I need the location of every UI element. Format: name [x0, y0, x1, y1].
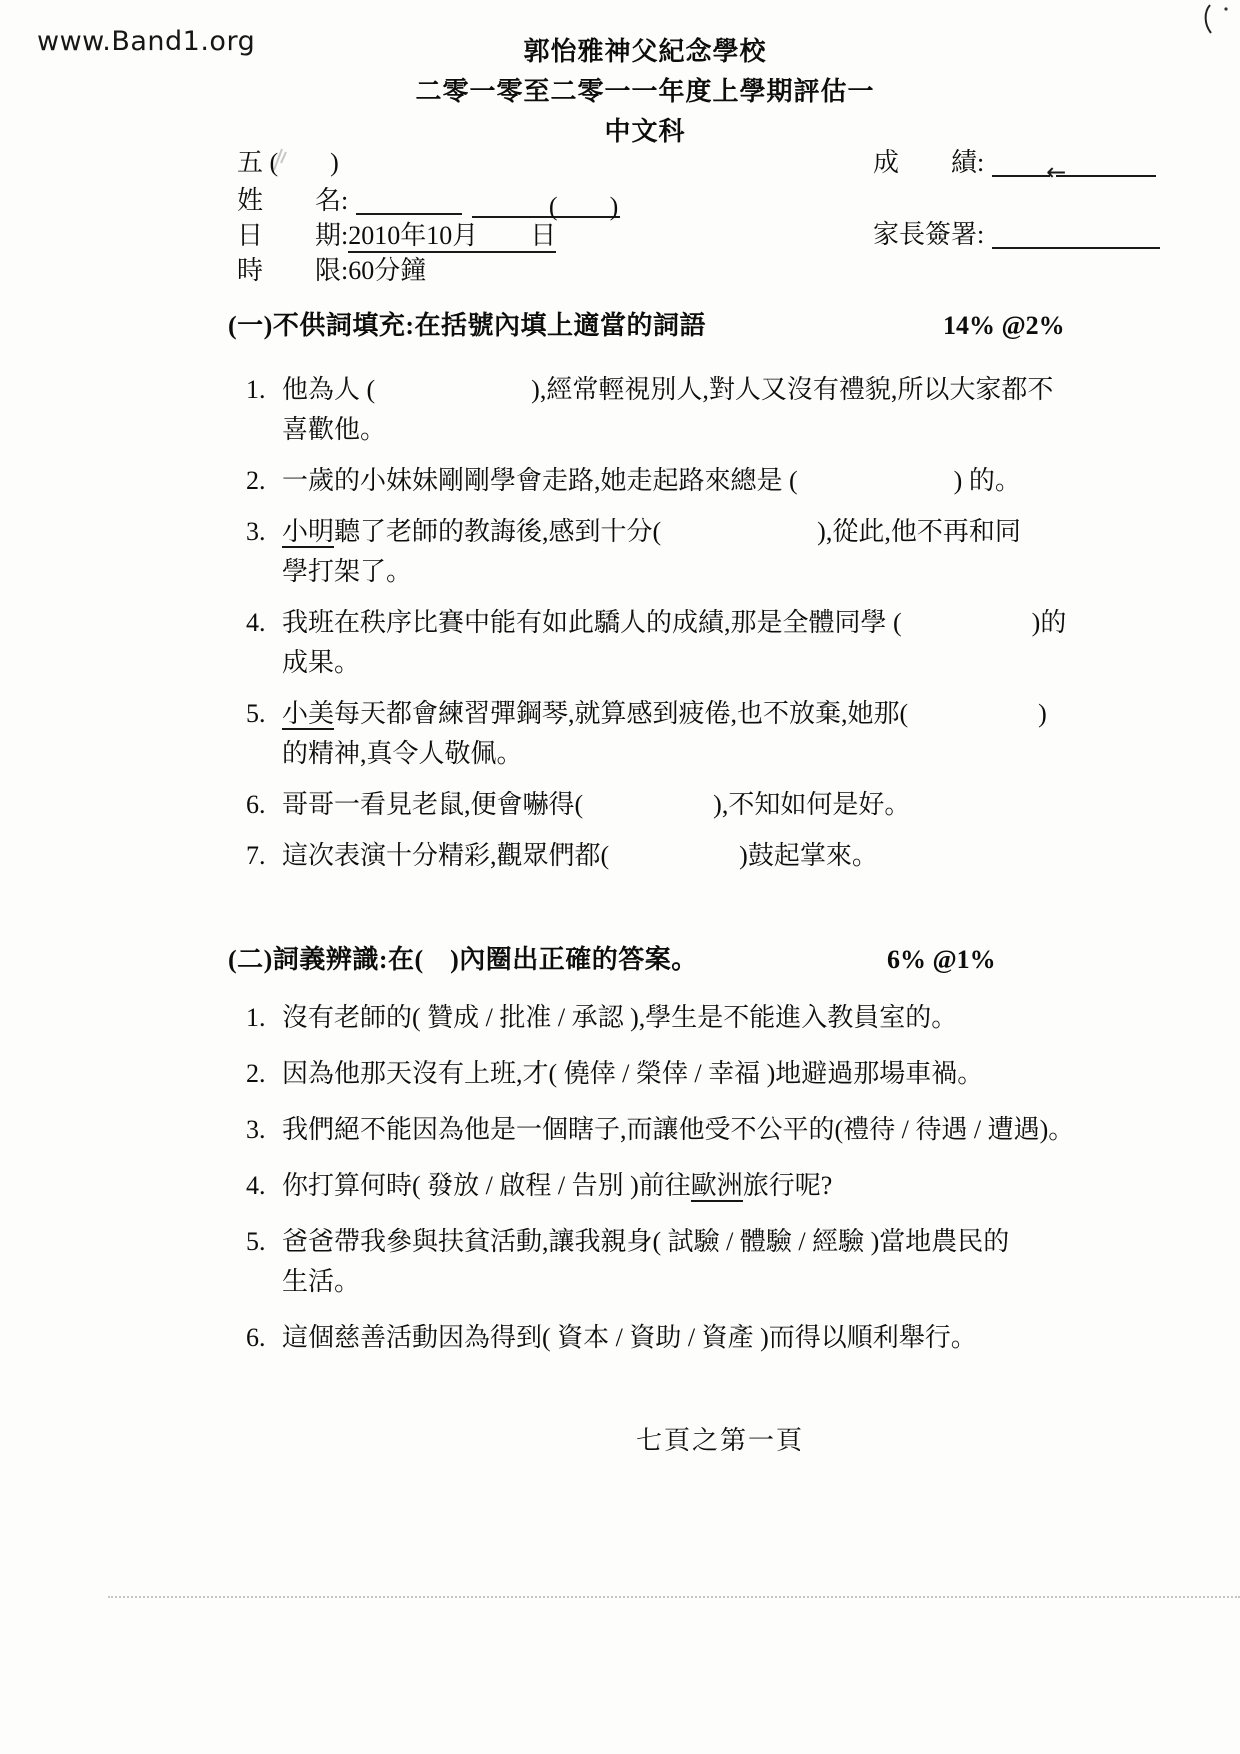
question-line-continued: 生活。 — [282, 1262, 1228, 1302]
parent-signature-row: 家長簽署: — [873, 218, 1160, 252]
question-text: 這次表演十分精彩,觀眾們都( )鼓起掌來。 — [282, 841, 878, 870]
section-2-items: 1.沒有老師的( 贊成 / 批准 / 承認 ),學生是不能進入教員室的。2.因為… — [228, 998, 1228, 1358]
section-fill-in-blanks: (一)不供詞填充:在括號內填上適當的詞語 14% @2% 1.他為人 ( ),經… — [228, 306, 1228, 887]
question-item: 3.我們絕不能因為他是一個瞎子,而讓他受不公平的(禮待 / 待遇 / 遭遇)。 — [228, 1110, 1228, 1150]
question-item: 3.小明聽了老師的教誨後,感到十分( ),從此,他不再和同學打架了。 — [228, 512, 1228, 592]
item-number: 5. — [228, 1222, 282, 1262]
score-blank — [992, 149, 1050, 177]
question-text: 學打架了。 — [282, 557, 412, 586]
question-text: 沒有老師的( 贊成 / 批准 / 承認 ),學生是不能進入教員室的。 — [282, 1003, 957, 1032]
section-1-marks: 14% @2% — [943, 306, 1065, 346]
question-line: 6.哥哥一看見老鼠,便會嚇得( ),不知如何是好。 — [282, 785, 1228, 825]
question-line: 2.因為他那天沒有上班,才( 僥倖 / 榮倖 / 幸福 )地避過那場車禍。 — [282, 1054, 1228, 1094]
question-item: 5.小美每天都會練習彈鋼琴,就算感到疲倦,也不放棄,她那( )的精神,真令人敬佩… — [228, 694, 1228, 774]
question-line: 6.這個慈善活動因為得到( 資本 / 資助 / 資產 )而得以順利舉行。 — [282, 1318, 1228, 1358]
question-line: 1.沒有老師的( 贊成 / 批准 / 承認 ),學生是不能進入教員室的。 — [282, 998, 1228, 1038]
question-line-continued: 的精神,真令人敬佩。 — [282, 734, 1228, 774]
name-class-number-blank: ( ) — [472, 190, 620, 218]
question-text: 的精神,真令人敬佩。 — [282, 739, 523, 768]
item-number: 3. — [228, 512, 282, 552]
section-2-title: (二)詞義辨識:在( )內圈出正確的答案。 — [228, 945, 698, 974]
school-name: 郭怡雅神父紀念學校 — [50, 32, 1240, 72]
question-item: 6.哥哥一看見老鼠,便會嚇得( ),不知如何是好。 — [228, 785, 1228, 825]
underlined-word: 歐洲 — [691, 1171, 743, 1202]
question-line: 3.小明聽了老師的教誨後,感到十分( ),從此,他不再和同 — [282, 512, 1228, 552]
score-row: 成 績:← — [873, 146, 1156, 180]
item-number: 2. — [228, 461, 282, 501]
item-number: 7. — [228, 836, 282, 876]
section-1-heading: (一)不供詞填充:在括號內填上適當的詞語 14% @2% — [228, 306, 1228, 346]
question-line: 5.爸爸帶我參與扶貧活動,讓我親身( 試驗 / 體驗 / 經驗 )當地農民的 — [282, 1222, 1228, 1262]
question-text: 一歲的小妹妹剛剛學會走路,她走起路來總是 ( ) 的。 — [282, 466, 1021, 495]
question-text: 生活。 — [282, 1267, 360, 1296]
question-item: 5.爸爸帶我參與扶貧活動,讓我親身( 試驗 / 體驗 / 經驗 )當地農民的生活… — [228, 1222, 1228, 1302]
question-text: 喜歡他。 — [282, 415, 386, 444]
question-line-continued: 成果。 — [282, 643, 1228, 683]
scan-noise-line — [108, 1596, 1240, 1598]
underlined-word: 小明 — [282, 517, 334, 548]
date-row: 日 期:2010年10月 日 — [237, 219, 556, 253]
exam-header: 郭怡雅神父紀念學校 二零一零至二零一一年度上學期評估一 中文科 — [50, 32, 1240, 152]
item-number: 4. — [228, 603, 282, 643]
date-value: 2010年10月 日 — [348, 221, 556, 253]
section-2-heading: (二)詞義辨識:在( )內圈出正確的答案。 6% @1% — [228, 940, 1228, 980]
date-label: 日 期: — [237, 221, 348, 250]
question-text: 因為他那天沒有上班,才( 僥倖 / 榮倖 / 幸福 )地避過那場車禍。 — [282, 1059, 983, 1088]
question-item: 6.這個慈善活動因為得到( 資本 / 資助 / 資產 )而得以順利舉行。 — [228, 1318, 1228, 1358]
pencil-mark-icon — [266, 146, 296, 176]
name-label: 姓 名: — [237, 186, 348, 215]
question-item: 7.這次表演十分精彩,觀眾們都( )鼓起掌來。 — [228, 836, 1228, 876]
name-paren: ( ) — [549, 192, 620, 221]
question-text: 聽了老師的教誨後,感到十分( ),從此,他不再和同 — [334, 517, 1021, 546]
question-line-continued: 喜歡他。 — [282, 410, 1228, 450]
item-number: 1. — [228, 998, 282, 1038]
exam-title: 二零一零至二零一一年度上學期評估一 — [50, 72, 1240, 112]
question-item: 1.他為人 ( ),經常輕視別人,對人又沒有禮貌,所以大家都不喜歡他。 — [228, 370, 1228, 450]
time-limit-row: 時 限:60分鐘 — [237, 254, 426, 288]
item-number: 6. — [228, 1318, 282, 1358]
item-number: 3. — [228, 1110, 282, 1150]
question-text: 他為人 ( ),經常輕視別人,對人又沒有禮貌,所以大家都不 — [282, 375, 1053, 404]
question-text: 哥哥一看見老鼠,便會嚇得( ),不知如何是好。 — [282, 790, 910, 819]
section-word-meaning: (二)詞義辨識:在( )內圈出正確的答案。 6% @1% 1.沒有老師的( 贊成… — [228, 940, 1228, 1374]
parent-signature-label: 家長簽署: — [873, 220, 984, 249]
name-row: 姓 名:( ) — [237, 184, 620, 218]
question-text: 我班在秩序比賽中能有如此驕人的成績,那是全體同學 ( )的 — [282, 608, 1066, 637]
question-text: 我們絕不能因為他是一個瞎子,而讓他受不公平的(禮待 / 待遇 / 遭遇)。 — [282, 1115, 1074, 1144]
section-2-marks: 6% @1% — [887, 940, 996, 980]
question-item: 2.因為他那天沒有上班,才( 僥倖 / 榮倖 / 幸福 )地避過那場車禍。 — [228, 1054, 1228, 1094]
score-blank-arrow: ← — [1056, 149, 1156, 177]
question-text: 每天都會練習彈鋼琴,就算感到疲倦,也不放棄,她那( ) — [334, 699, 1047, 728]
name-blank — [356, 187, 462, 215]
section-1-title: (一)不供詞填充:在括號內填上適當的詞語 — [228, 311, 706, 340]
question-item: 2.一歲的小妹妹剛剛學會走路,她走起路來總是 ( ) 的。 — [228, 461, 1228, 501]
item-number: 5. — [228, 694, 282, 734]
page-number: 七頁之第一頁 — [636, 1420, 804, 1457]
question-text: 這個慈善活動因為得到( 資本 / 資助 / 資產 )而得以順利舉行。 — [282, 1323, 977, 1352]
item-number: 1. — [228, 370, 282, 410]
question-item: 4.你打算何時( 發放 / 啟程 / 告別 )前往歐洲旅行呢? — [228, 1166, 1228, 1206]
question-line: 2.一歲的小妹妹剛剛學會走路,她走起路來總是 ( ) 的。 — [282, 461, 1228, 501]
item-number: 2. — [228, 1054, 282, 1094]
question-line: 7.這次表演十分精彩,觀眾們都( )鼓起掌來。 — [282, 836, 1228, 876]
scanned-exam-page: www.Band1.org 郭怡雅神父紀念學校 二零一零至二零一一年度上學期評估… — [0, 0, 1240, 1754]
question-line: 5.小美每天都會練習彈鋼琴,就算感到疲倦,也不放棄,她那( ) — [282, 694, 1228, 734]
question-line: 3.我們絕不能因為他是一個瞎子,而讓他受不公平的(禮待 / 待遇 / 遭遇)。 — [282, 1110, 1228, 1150]
time-limit-value: 60分鐘 — [348, 256, 426, 285]
question-item: 1.沒有老師的( 贊成 / 批准 / 承認 ),學生是不能進入教員室的。 — [228, 998, 1228, 1038]
item-number: 4. — [228, 1166, 282, 1206]
question-text: 旅行呢? — [743, 1171, 833, 1200]
question-line-continued: 學打架了。 — [282, 552, 1228, 592]
question-text: 成果。 — [282, 648, 360, 677]
section-1-items: 1.他為人 ( ),經常輕視別人,對人又沒有禮貌,所以大家都不喜歡他。2.一歲的… — [228, 370, 1228, 876]
question-text: 爸爸帶我參與扶貧活動,讓我親身( 試驗 / 體驗 / 經驗 )當地農民的 — [282, 1227, 1009, 1256]
parent-signature-blank — [992, 221, 1160, 249]
question-line: 1.他為人 ( ),經常輕視別人,對人又沒有禮貌,所以大家都不 — [282, 370, 1228, 410]
score-label: 成 績: — [873, 148, 984, 177]
item-number: 6. — [228, 785, 282, 825]
question-text: 你打算何時( 發放 / 啟程 / 告別 )前往 — [282, 1171, 691, 1200]
left-arrow-icon: ← — [1046, 155, 1066, 189]
time-limit-label: 時 限: — [237, 256, 348, 285]
question-line: 4.你打算何時( 發放 / 啟程 / 告別 )前往歐洲旅行呢? — [282, 1166, 1228, 1206]
underlined-word: 小美 — [282, 699, 334, 730]
question-item: 4.我班在秩序比賽中能有如此驕人的成績,那是全體同學 ( )的成果。 — [228, 603, 1228, 683]
question-line: 4.我班在秩序比賽中能有如此驕人的成績,那是全體同學 ( )的 — [282, 603, 1228, 643]
